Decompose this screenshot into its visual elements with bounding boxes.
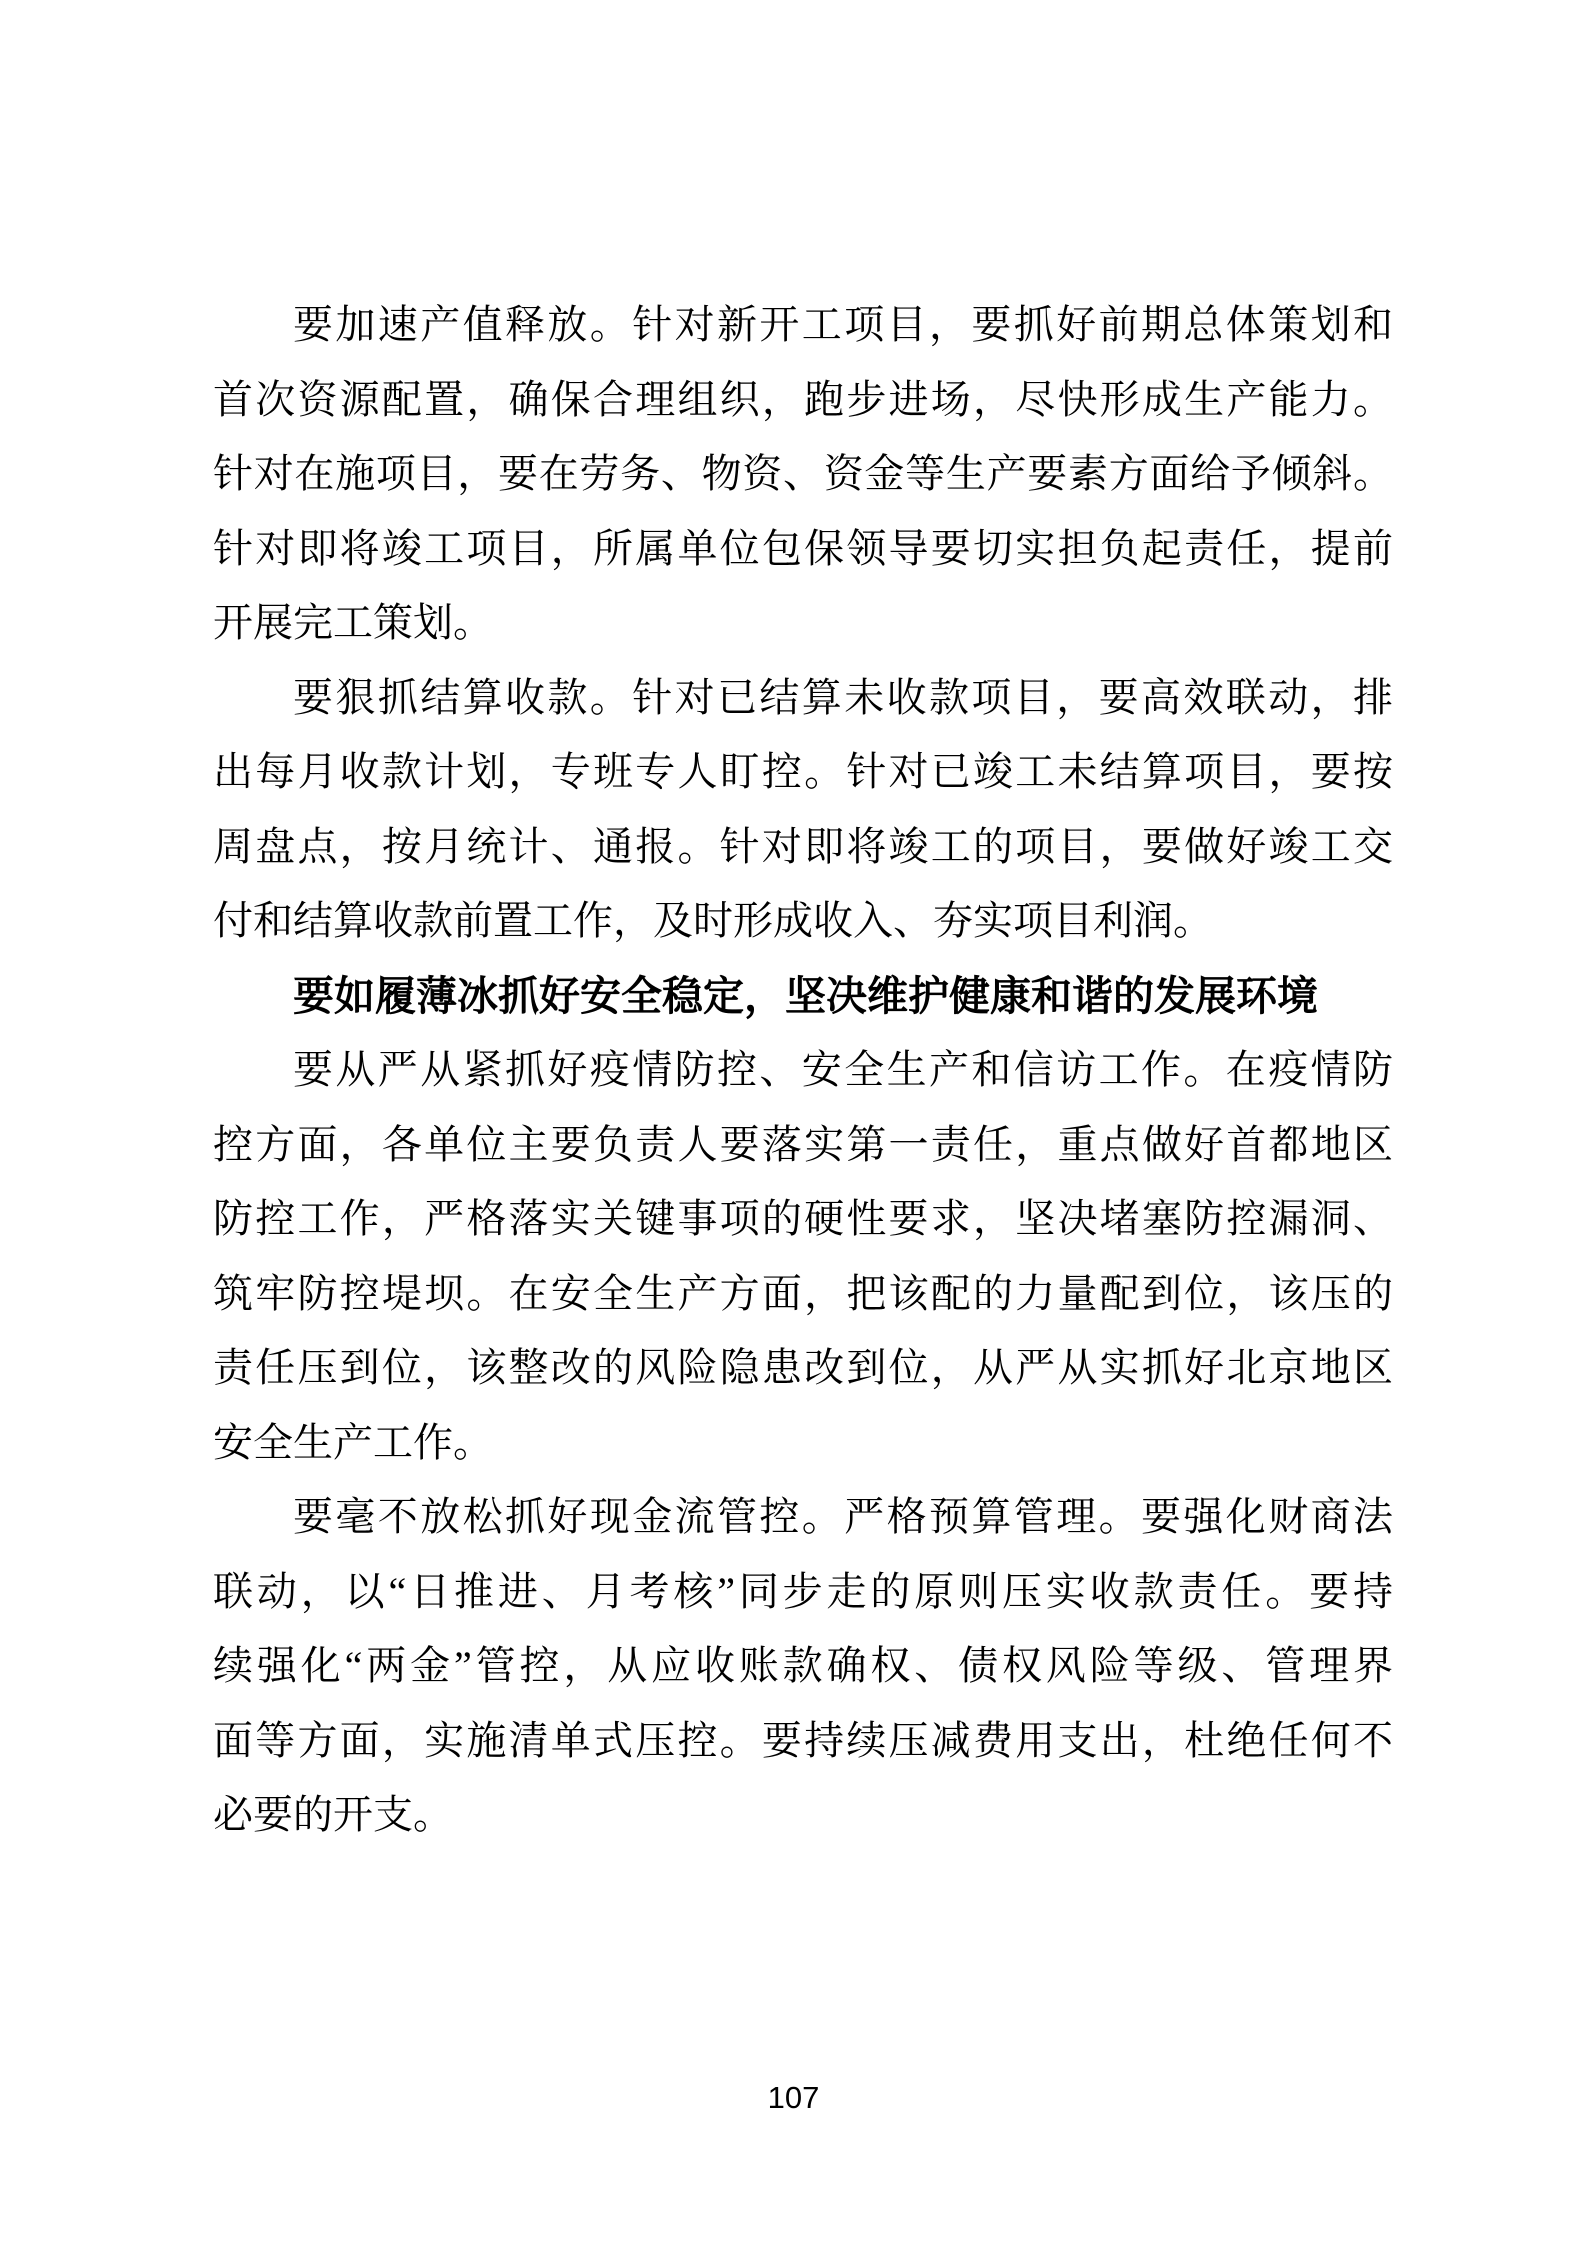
paragraph: 要毫不放松抓好现金流管控。严格预算管理。要强化财商法联动，以“日推进、月考核”同…	[213, 1480, 1393, 1853]
text-line: 出每月收款计划，专班专人盯控。针对已竣工未结算项目，要按	[213, 735, 1393, 810]
text-line: 要从严从紧抓好疫情防控、安全生产和信访工作。在疫情防	[213, 1033, 1393, 1108]
paragraph: 要从严从紧抓好疫情防控、安全生产和信访工作。在疫情防控方面，各单位主要负责人要落…	[213, 1033, 1393, 1480]
text-line: 要毫不放松抓好现金流管控。严格预算管理。要强化财商法	[213, 1480, 1393, 1555]
section-heading: 要如履薄冰抓好安全稳定，坚决维护健康和谐的发展环境	[213, 959, 1393, 1034]
text-line: 责任压到位，该整改的风险隐患改到位，从严从实抓好北京地区	[213, 1331, 1393, 1406]
paragraph: 要加速产值释放。针对新开工项目，要抓好前期总体策划和首次资源配置，确保合理组织，…	[213, 288, 1393, 661]
text-line: 续强化“两金”管控，从应收账款确权、债权风险等级、管理界	[213, 1629, 1393, 1704]
page-number: 107	[0, 2078, 1587, 2118]
text-line: 要如履薄冰抓好安全稳定，坚决维护健康和谐的发展环境	[213, 959, 1393, 1034]
text-line: 联动，以“日推进、月考核”同步走的原则压实收款责任。要持	[213, 1555, 1393, 1630]
document-page: 要加速产值释放。针对新开工项目，要抓好前期总体策划和首次资源配置，确保合理组织，…	[0, 0, 1587, 2245]
text-line: 要加速产值释放。针对新开工项目，要抓好前期总体策划和	[213, 288, 1393, 363]
document-body: 要加速产值释放。针对新开工项目，要抓好前期总体策划和首次资源配置，确保合理组织，…	[213, 288, 1393, 1853]
text-line: 控方面，各单位主要负责人要落实第一责任，重点做好首都地区	[213, 1108, 1393, 1183]
text-line: 安全生产工作。	[213, 1406, 1393, 1481]
text-line: 防控工作，严格落实关键事项的硬性要求，坚决堵塞防控漏洞、	[213, 1182, 1393, 1257]
text-line: 开展完工策划。	[213, 586, 1393, 661]
text-line: 要狠抓结算收款。针对已结算未收款项目，要高效联动，排	[213, 661, 1393, 736]
text-line: 针对在施项目，要在劳务、物资、资金等生产要素方面给予倾斜。	[213, 437, 1393, 512]
paragraph: 要狠抓结算收款。针对已结算未收款项目，要高效联动，排出每月收款计划，专班专人盯控…	[213, 661, 1393, 959]
text-line: 首次资源配置，确保合理组织，跑步进场，尽快形成生产能力。	[213, 363, 1393, 438]
text-line: 付和结算收款前置工作，及时形成收入、夯实项目利润。	[213, 884, 1393, 959]
text-line: 针对即将竣工项目，所属单位包保领导要切实担负起责任，提前	[213, 512, 1393, 587]
text-line: 筑牢防控堤坝。在安全生产方面，把该配的力量配到位，该压的	[213, 1257, 1393, 1332]
text-line: 周盘点，按月统计、通报。针对即将竣工的项目，要做好竣工交	[213, 810, 1393, 885]
text-line: 必要的开支。	[213, 1778, 1393, 1853]
text-line: 面等方面，实施清单式压控。要持续压减费用支出，杜绝任何不	[213, 1704, 1393, 1779]
